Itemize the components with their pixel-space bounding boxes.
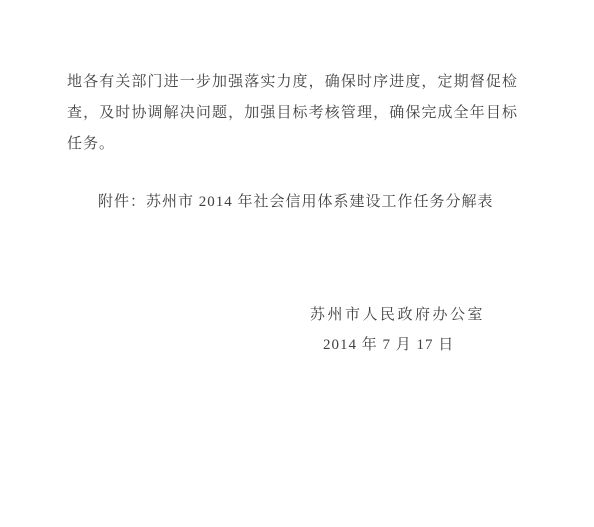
paragraph-line-1: 地各有关部门进一步加强落实力度，确保时序进度，定期督促检 (67, 67, 518, 98)
issuing-office-signature: 苏州市人民政府办公室 (310, 300, 485, 331)
paragraph-line-2: 查，及时协调解决问题，加强目标考核管理，确保完成全年目标 (67, 98, 518, 129)
issue-date: 2014 年 7 月 17 日 (323, 330, 454, 361)
body-paragraph: 地各有关部门进一步加强落实力度，确保时序进度，定期督促检 查，及时协调解决问题，… (67, 67, 518, 160)
paragraph-line-3: 任务。 (67, 129, 518, 160)
document-page: 地各有关部门进一步加强落实力度，确保时序进度，定期督促检 查，及时协调解决问题，… (0, 0, 594, 527)
attachment-reference-line: 附件：苏州市 2014 年社会信用体系建设工作任务分解表 (98, 187, 518, 218)
